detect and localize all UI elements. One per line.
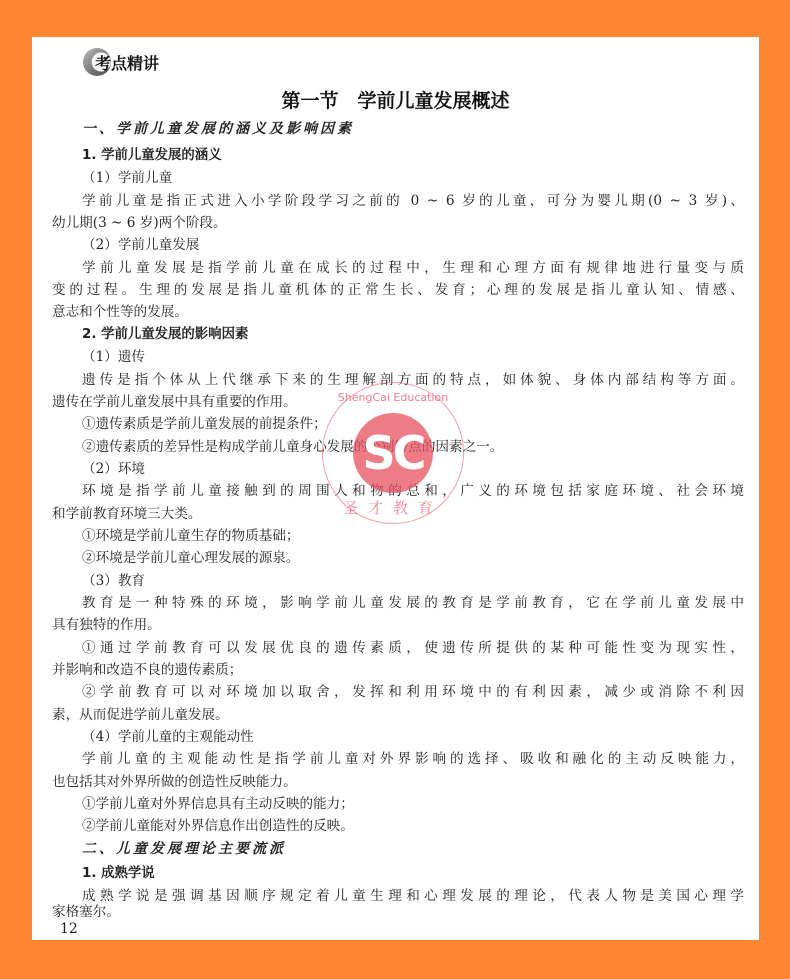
paragraph: 意志和个性等的发展。 [52, 303, 744, 321]
paragraph: 教育是一种特殊的环境，影响学前儿童发展的教育是学前教育，它在学前儿童发展中 [82, 594, 744, 612]
paragraph: （1）学前儿童 [82, 169, 774, 187]
paragraph: （3）教育 [82, 572, 774, 590]
page-number: 12 [60, 921, 78, 937]
paragraph: 遗传在学前儿童发展中具有重要的作用。 [52, 393, 744, 411]
badge-label: 考点精讲 [95, 51, 159, 74]
paragraph: 家格塞尔。 [52, 903, 744, 921]
paragraph: 幼儿期(3 ~ 6 岁)两个阶段。 [52, 214, 744, 232]
paragraph: ②遗传素质的差异性是构成学前儿童身心发展的个别特点的因素之一。 [82, 438, 774, 456]
document-page: 考点精讲 第一节 学前儿童发展概述 一、学前儿童发展的涵义及影响因素 1. 学前… [32, 37, 759, 940]
subheading: 1. 成熟学说 [82, 865, 774, 883]
section-heading: 二、儿童发展理论主要流派 [82, 840, 774, 858]
subheading: 2. 学前儿童发展的影响因素 [82, 326, 774, 344]
section-heading: 一、学前儿童发展的涵义及影响因素 [82, 120, 774, 138]
paragraph: ①通过学前教育可以发展优良的遗传素质，使遗传所提供的某种可能性变为现实性， [82, 639, 744, 657]
paragraph: ②学前儿童能对外界信息作出创造性的反映。 [82, 817, 774, 835]
paragraph: ②环境是学前儿童心理发展的源泉。 [82, 549, 774, 567]
paragraph: 素，从而促进学前儿童发展。 [52, 706, 744, 724]
paragraph: 环境是指学前儿童接触到的周围人和物的总和，广义的环境包括家庭环境、社会环境 [82, 482, 744, 500]
paragraph: 并影响和改造不良的遗传素质； [52, 661, 744, 679]
paragraph: ①遗传素质是学前儿童发展的前提条件； [82, 415, 774, 433]
paragraph: 变的过程。生理的发展是指儿童机体的正常生长、发育；心理的发展是指儿童认知、情感、 [52, 281, 744, 299]
paragraph: ①学前儿童对外界信息具有主动反映的能力； [82, 795, 774, 813]
paragraph: 学前儿童的主观能动性是指学前儿童对外界影响的选择、吸收和融化的主动反映能力， [82, 750, 744, 768]
paragraph: 具有独特的作用。 [52, 616, 744, 634]
paragraph: 学前儿童发展是指学前儿童在成长的过程中，生理和心理方面有规律地进行量变与质 [82, 259, 744, 277]
page-title: 第一节 学前儿童发展概述 [32, 86, 759, 113]
paragraph: ②学前教育可以对环境加以取舍，发挥和利用环境中的有利因素，减少或消除不利因 [82, 683, 744, 701]
paragraph: 也包括其对外界所做的创造性反映能力。 [52, 773, 744, 791]
paragraph: 学前儿童是指正式进入小学阶段学习之前的 0 ~ 6 岁的儿童，可分为婴儿期(0 … [82, 192, 744, 210]
paragraph: （2）学前儿童发展 [82, 236, 774, 254]
paragraph: 和学前教育环境三大类。 [52, 505, 744, 523]
subheading: 1. 学前儿童发展的涵义 [82, 147, 774, 165]
section-badge: 考点精讲 [83, 47, 159, 77]
paragraph: （1）遗传 [82, 348, 774, 366]
paragraph: （4）学前儿童的主观能动性 [82, 728, 774, 746]
paragraph: （2）环境 [82, 460, 774, 478]
paragraph: 遗传是指个体从上代继承下来的生理解剖方面的特点，如体貌、身体内部结构等方面。 [82, 371, 744, 389]
paragraph: ①环境是学前儿童生存的物质基础； [82, 527, 774, 545]
